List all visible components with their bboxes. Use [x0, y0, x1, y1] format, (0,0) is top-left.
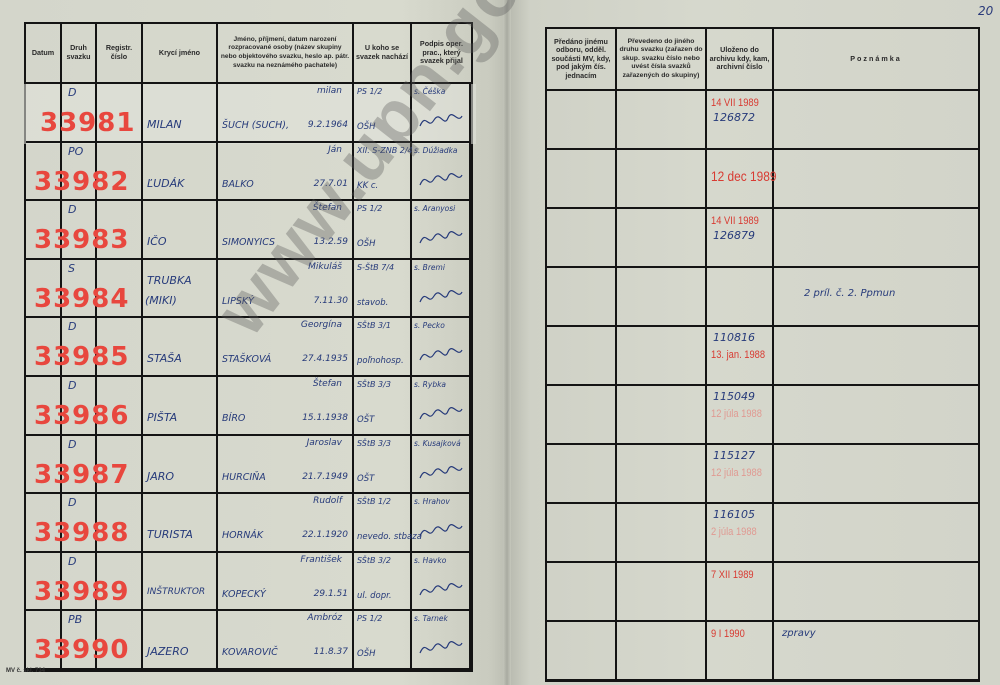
cell-kryci: ĽUDÁK	[143, 143, 218, 200]
cell-jmeno: Štefan BÍRO 15.1.1938	[218, 377, 354, 434]
cell-ulozeno	[707, 268, 774, 325]
cell-ulozeno: 14 VII 1989 126879	[707, 209, 774, 266]
cell-u-koho: PS 1/2 OŠH	[354, 201, 412, 258]
cell-u-koho: PS 1/2 OŠH	[354, 611, 412, 668]
datum-narodenia: 27.7.01	[314, 179, 348, 189]
cell-kryci: INŠTRUKTOR	[143, 553, 218, 610]
archive-number: 126879	[713, 229, 755, 242]
priezvisko: HORNÁK	[222, 530, 263, 541]
u-koho-utvar: PS 1/2	[357, 87, 382, 96]
podpis-meno: s. Aranyosi	[414, 204, 455, 213]
archive-date-stamp: 12 júla 1988	[711, 467, 762, 479]
table-row: 12 júla 1988 115049	[547, 386, 978, 445]
signature-icon	[418, 577, 464, 603]
krstne-meno: Ján	[328, 145, 342, 155]
cell-kryci: STAŠA	[143, 318, 218, 375]
cell-poznamka	[774, 504, 978, 561]
druh-value: D	[68, 86, 76, 99]
signature-icon	[418, 284, 464, 310]
cell-kryci: PIŠTA	[143, 377, 218, 434]
priezvisko: KOVAROVIČ	[222, 647, 278, 658]
registration-number-stamp: 33985	[34, 342, 129, 372]
kryci-meno: JARO	[147, 470, 174, 483]
cell-prevedeno	[617, 268, 707, 325]
left-header-row: Datum Druh svazku Registr. číslo Krycí j…	[26, 24, 471, 84]
header-datum: Datum	[26, 24, 62, 82]
cell-kryci: MILAN	[143, 84, 218, 141]
registry-table-left: Datum Druh svazku Registr. číslo Krycí j…	[24, 22, 473, 672]
cell-jmeno: Mikuláš LIPSKÝ 7.11.30	[218, 260, 354, 317]
podpis-meno: s. Tarnek	[414, 614, 448, 623]
cell-jmeno: František KOPECKÝ 29.1.51	[218, 553, 354, 610]
cell-ulozeno: 12 júla 1988 115127	[707, 445, 774, 502]
cell-podpis: s. Rybka	[412, 377, 471, 434]
signature-icon	[418, 167, 464, 193]
kryci-meno: TRUBKA	[147, 274, 192, 287]
cell-prevedeno	[617, 150, 707, 207]
kryci-meno: MILAN	[147, 118, 182, 131]
table-row: D TURISTA Rudolf HORNÁK 22.1.1920 SŠtB 1…	[26, 494, 471, 553]
krstne-meno: milan	[317, 86, 342, 96]
druh-value: D	[68, 555, 76, 568]
podpis-meno: s. Bremi	[414, 263, 445, 272]
krstne-meno: Georgína	[301, 320, 342, 330]
cell-predano	[547, 563, 617, 620]
datum-narodenia: 9.2.1964	[308, 120, 348, 130]
podpis-meno: s. Havko	[414, 556, 446, 565]
cell-poznamka	[774, 327, 978, 384]
signature-icon	[418, 460, 464, 486]
cell-u-koho: XII. S-ZNB 2/4 KK c.	[354, 143, 412, 200]
priezvisko: STAŠKOVÁ	[222, 354, 271, 365]
druh-value: PO	[68, 145, 83, 158]
header-poznamka: Poznámka	[774, 29, 978, 89]
cell-ulozeno: 13. jan. 1988 110816	[707, 327, 774, 384]
archive-date-stamp: 2 júla 1988	[711, 526, 757, 538]
cell-poznamka	[774, 386, 978, 443]
signature-icon	[418, 342, 464, 368]
u-koho-utvar: SŠtB 1/2	[357, 497, 391, 506]
archive-number: 116105	[713, 508, 755, 521]
table-row: 2 príl. č. 2. Ppmun	[547, 268, 978, 327]
druh-value: PB	[68, 613, 82, 626]
cell-predano	[547, 209, 617, 266]
u-koho-utvar: XII. S-ZNB 2/4	[357, 146, 413, 155]
cell-ulozeno: 7 XII 1989	[707, 563, 774, 620]
priezvisko: HURCIŇA	[222, 472, 266, 483]
podpis-meno: s. Rybka	[414, 380, 446, 389]
u-koho-oddelenie: OŠH	[357, 122, 375, 132]
archive-date-stamp: 7 XII 1989	[711, 569, 754, 581]
table-row: 14 VII 1989 126879	[547, 209, 978, 268]
signature-icon	[418, 401, 464, 427]
header-ulozeno: Uloženo do archivu kdy, kam, archivní čí…	[707, 29, 774, 89]
priezvisko: KOPECKÝ	[222, 589, 266, 600]
cell-u-koho: SŠtB 3/3 OŠT	[354, 436, 412, 493]
druh-value: S	[68, 262, 75, 275]
u-koho-oddelenie: poľnohosp.	[357, 356, 404, 366]
cell-predano	[547, 268, 617, 325]
table-row: D INŠTRUKTOR František KOPECKÝ 29.1.51 S…	[26, 553, 471, 612]
registration-number-stamp: 33987	[34, 460, 129, 490]
kryci-meno: JAZERO	[147, 645, 189, 658]
cell-podpis: s. Hrahov	[412, 494, 471, 551]
cell-podpis: s. Kusajková	[412, 436, 471, 493]
priezvisko: BALKO	[222, 179, 254, 190]
cell-jmeno: Štefan SIMONYICS 13.2.59	[218, 201, 354, 258]
cell-jmeno: Rudolf HORNÁK 22.1.1920	[218, 494, 354, 551]
table-row: D IČO Štefan SIMONYICS 13.2.59 PS 1/2 OŠ…	[26, 201, 471, 260]
kryci-meno: INŠTRUKTOR	[147, 587, 205, 597]
registration-number-stamp: 33982	[34, 167, 129, 197]
podpis-meno: s. Kusajková	[414, 439, 461, 448]
cell-prevedeno	[617, 327, 707, 384]
u-koho-utvar: S-ŠtB 7/4	[357, 263, 394, 272]
krstne-meno: Jaroslav	[307, 438, 342, 448]
krstne-meno: Štefan	[313, 203, 342, 213]
table-row: PO ĽUDÁK Ján BALKO 27.7.01 XII. S-ZNB 2/…	[26, 143, 471, 202]
cell-predano	[547, 150, 617, 207]
druh-value: D	[68, 320, 76, 333]
datum-narodenia: 21.7.1949	[302, 472, 348, 482]
cell-predano	[547, 91, 617, 148]
registration-number-stamp: 33981	[40, 108, 135, 138]
podpis-meno: s. Hrahov	[414, 497, 450, 506]
u-koho-utvar: PS 1/2	[357, 204, 382, 213]
registration-number-stamp: 33988	[34, 518, 129, 548]
table-row: D JARO Jaroslav HURCIŇA 21.7.1949 SŠtB 3…	[26, 436, 471, 495]
datum-narodenia: 29.1.51	[314, 589, 348, 599]
cell-podpis: s. Havko	[412, 553, 471, 610]
registration-number-stamp: 33983	[34, 225, 129, 255]
u-koho-utvar: SŠtB 3/1	[357, 321, 391, 330]
cell-prevedeno	[617, 209, 707, 266]
table-row: 12 dec 1989	[547, 150, 978, 209]
cell-podpis: s. Bremi	[412, 260, 471, 317]
table-row: 7 XII 1989	[547, 563, 978, 622]
poznamka-text: zpravy	[782, 628, 816, 639]
kryci-meno: TURISTA	[147, 528, 193, 541]
cell-prevedeno	[617, 504, 707, 561]
kryci-meno: PIŠTA	[147, 411, 177, 424]
header-registr: Registr. číslo	[97, 24, 143, 82]
podpis-meno: s. Dúžiadka	[414, 146, 458, 155]
registration-number-stamp: 33986	[34, 401, 129, 431]
cell-predano	[547, 504, 617, 561]
table-row: 14 VII 1989 126872	[547, 91, 978, 150]
priezvisko: ŠUCH (SUCH),	[222, 120, 289, 131]
table-row: S TRUBKA (MIKI) Mikuláš LIPSKÝ 7.11.30 S…	[26, 260, 471, 319]
table-row: 13. jan. 1988 110816	[547, 327, 978, 386]
archive-date-stamp: 12 júla 1988	[711, 408, 762, 420]
cell-ulozeno: 14 VII 1989 126872	[707, 91, 774, 148]
registration-number-stamp: 33984	[34, 284, 129, 314]
u-koho-utvar: SŠtB 3/3	[357, 439, 391, 448]
archive-number: 110816	[713, 331, 755, 344]
datum-narodenia: 15.1.1938	[302, 413, 348, 423]
cell-ulozeno: 12 júla 1988 115049	[707, 386, 774, 443]
u-koho-utvar: SŠtB 3/3	[357, 380, 391, 389]
datum-narodenia: 13.2.59	[314, 237, 348, 247]
header-kryci: Krycí jméno	[143, 24, 218, 82]
signature-icon	[418, 225, 464, 251]
cell-kryci: TURISTA	[143, 494, 218, 551]
table-row: D MILAN milan ŠUCH (SUCH), 9.2.1964 PS 1…	[26, 84, 471, 143]
form-code: MV č. skl. 734	[6, 668, 45, 674]
cell-ulozeno: 12 dec 1989	[707, 150, 774, 207]
cell-jmeno: Ján BALKO 27.7.01	[218, 143, 354, 200]
datum-narodenia: 11.8.37	[314, 647, 348, 657]
page-number: 20	[978, 4, 993, 18]
kryci-meno: STAŠA	[147, 352, 182, 365]
datum-narodenia: 27.4.1935	[302, 354, 348, 364]
cell-prevedeno	[617, 91, 707, 148]
cell-jmeno: Ambróz KOVAROVIČ 11.8.37	[218, 611, 354, 668]
cell-predano	[547, 445, 617, 502]
cell-poznamka	[774, 150, 978, 207]
cell-poznamka	[774, 563, 978, 620]
page-fold	[503, 0, 511, 685]
archive-number: 115127	[713, 449, 755, 462]
archive-date-stamp: 12 dec 1989	[711, 168, 777, 184]
kryci-meno: ĽUDÁK	[147, 177, 184, 190]
cell-prevedeno	[617, 445, 707, 502]
cell-kryci: JAZERO	[143, 611, 218, 668]
cell-predano	[547, 622, 617, 679]
cell-u-koho: SŠtB 1/2 nevedo. stbaza	[354, 494, 412, 551]
header-predano: Předáno jinému odboru, odděl. součásti M…	[547, 29, 617, 89]
cell-prevedeno	[617, 622, 707, 679]
cell-poznamka: zpravy	[774, 622, 978, 679]
archive-number: 126872	[713, 111, 755, 124]
table-row: 12 júla 1988 115127	[547, 445, 978, 504]
podpis-meno: s. Pecko	[414, 321, 445, 330]
signature-icon	[418, 108, 464, 134]
table-row: PB JAZERO Ambróz KOVAROVIČ 11.8.37 PS 1/…	[26, 611, 471, 670]
cell-poznamka: 2 príl. č. 2. Ppmun	[774, 268, 978, 325]
priezvisko: LIPSKÝ	[222, 296, 254, 307]
table-row: 9 I 1990 zpravy	[547, 622, 978, 681]
cell-prevedeno	[617, 563, 707, 620]
u-koho-oddelenie: OŠH	[357, 239, 375, 249]
cell-poznamka	[774, 91, 978, 148]
header-jmeno: Jméno, příjmení, datum narození rozpraco…	[218, 24, 354, 82]
datum-narodenia: 22.1.1920	[302, 530, 348, 540]
cell-u-koho: SŠtB 3/1 poľnohosp.	[354, 318, 412, 375]
cell-jmeno: Jaroslav HURCIŇA 21.7.1949	[218, 436, 354, 493]
cell-ulozeno: 2 júla 1988 116105	[707, 504, 774, 561]
cell-podpis: s. Dúžiadka	[412, 143, 471, 200]
archive-date-stamp: 13. jan. 1988	[711, 349, 765, 361]
cell-u-koho: PS 1/2 OŠH	[354, 84, 412, 141]
cell-poznamka	[774, 209, 978, 266]
podpis-meno: s. Čéška	[414, 87, 445, 96]
krstne-meno: František	[300, 555, 342, 565]
cell-jmeno: milan ŠUCH (SUCH), 9.2.1964	[218, 84, 354, 141]
cell-podpis: s. Čéška	[412, 84, 471, 141]
poznamka-text: 2 príl. č. 2. Ppmun	[804, 288, 895, 299]
cell-ulozeno: 9 I 1990	[707, 622, 774, 679]
u-koho-oddelenie: ul. dopr.	[357, 591, 392, 601]
priezvisko: BÍRO	[222, 413, 245, 424]
cell-podpis: s. Pecko	[412, 318, 471, 375]
u-koho-oddelenie: OŠT	[357, 415, 374, 425]
druh-value: D	[68, 203, 76, 216]
priezvisko: SIMONYICS	[222, 237, 275, 248]
table-row: 2 júla 1988 116105	[547, 504, 978, 563]
cell-kryci: TRUBKA (MIKI)	[143, 260, 218, 317]
krstne-meno: Ambróz	[307, 613, 342, 623]
signature-icon	[418, 518, 464, 544]
cell-u-koho: SŠtB 3/3 OŠT	[354, 377, 412, 434]
druh-value: D	[68, 379, 76, 392]
registry-table-right: Předáno jinému odboru, odděl. součásti M…	[545, 27, 980, 682]
druh-value: D	[68, 438, 76, 451]
kryci-meno: IČO	[147, 235, 167, 248]
table-row: D PIŠTA Štefan BÍRO 15.1.1938 SŠtB 3/3 O…	[26, 377, 471, 436]
header-u-koho: U koho se svazek nachází	[354, 24, 412, 82]
krstne-meno: Rudolf	[313, 496, 342, 506]
krstne-meno: Štefan	[313, 379, 342, 389]
header-prevedeno: Převedeno do jiného druhu svazku (zařaze…	[617, 29, 707, 89]
cell-predano	[547, 327, 617, 384]
u-koho-utvar: PS 1/2	[357, 614, 382, 623]
kryci-meno-alt: (MIKI)	[145, 294, 177, 307]
cell-kryci: JARO	[143, 436, 218, 493]
archive-date-stamp: 14 VII 1989	[711, 97, 759, 109]
cell-kryci: IČO	[143, 201, 218, 258]
archive-date-stamp: 9 I 1990	[711, 628, 745, 640]
krstne-meno: Mikuláš	[308, 262, 342, 272]
u-koho-oddelenie: OŠT	[357, 474, 374, 484]
cell-jmeno: Georgína STAŠKOVÁ 27.4.1935	[218, 318, 354, 375]
header-druh: Druh svazku	[62, 24, 97, 82]
cell-prevedeno	[617, 386, 707, 443]
table-row: D STAŠA Georgína STAŠKOVÁ 27.4.1935 SŠtB…	[26, 318, 471, 377]
archive-number: 115049	[713, 390, 755, 403]
header-podpis: Podpis oper. prac., který svazek přijal	[412, 24, 471, 82]
registration-number-stamp: 33990	[34, 635, 129, 665]
cell-u-koho: SŠtB 3/2 ul. dopr.	[354, 553, 412, 610]
u-koho-oddelenie: stavob.	[357, 298, 388, 308]
u-koho-oddelenie: OŠH	[357, 649, 375, 659]
cell-u-koho: S-ŠtB 7/4 stavob.	[354, 260, 412, 317]
datum-narodenia: 7.11.30	[314, 296, 348, 306]
druh-value: D	[68, 496, 76, 509]
right-header-row: Předáno jinému odboru, odděl. součásti M…	[547, 29, 978, 91]
cell-poznamka	[774, 445, 978, 502]
cell-predano	[547, 386, 617, 443]
cell-podpis: s. Tarnek	[412, 611, 471, 668]
u-koho-utvar: SŠtB 3/2	[357, 556, 391, 565]
cell-podpis: s. Aranyosi	[412, 201, 471, 258]
archive-date-stamp: 14 VII 1989	[711, 215, 759, 227]
u-koho-oddelenie: KK c.	[357, 181, 378, 191]
registration-number-stamp: 33989	[34, 577, 129, 607]
signature-icon	[418, 635, 464, 661]
